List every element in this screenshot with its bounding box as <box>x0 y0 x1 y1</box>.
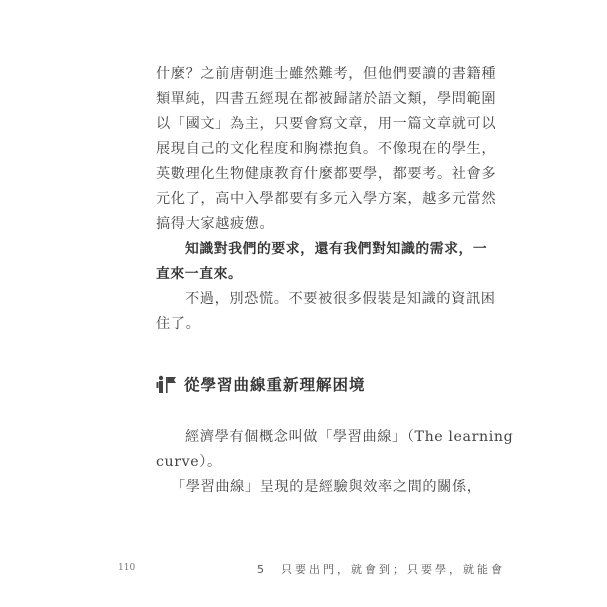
book-page: 什麼？之前唐朝進士雖然難考，但他們要讀的書籍種 類單純，四書五經現在都被歸諸於語… <box>0 0 607 607</box>
text-line: 搞得大家越疲憊。 <box>156 212 274 237</box>
bold-text-line: 直來一直來。 <box>156 262 242 287</box>
text-line: 不過，別恐慌。不要被很多假裝是知識的資訊困 <box>156 287 496 312</box>
text-line: 什麼？之前唐朝進士雖然難考，但他們要讀的書籍種 <box>156 62 496 87</box>
running-footer-title: 5 只要出門，就會到；只要學，就能會 <box>257 561 505 577</box>
text-line: 元化了，高中入學都要有多元入學方案，越多元當然 <box>156 187 496 212</box>
page-number: 110 <box>118 563 135 573</box>
text-line: 類單純，四書五經現在都被歸諸於語文類，學問範圍 <box>156 87 496 112</box>
text-line: 英數理化生物健康教育什麼都要學，都要考。社會多 <box>156 162 496 187</box>
person-flag-icon <box>156 373 178 395</box>
text-line: 展現自己的文化程度和胸襟抱負。不像現在的學生， <box>156 137 496 162</box>
section-title: 從學習曲線重新理解困境 <box>184 373 366 395</box>
text-line: 住了。 <box>156 312 200 337</box>
text-line: curve）。 <box>156 450 222 475</box>
text-line: 以「國文」為主，只要會寫文章，用一篇文章就可以 <box>156 112 496 137</box>
bold-text-line: 知識對我們的要求，還有我們對知識的需求，一 <box>156 237 487 262</box>
text-line: 「學習曲線」呈現的是經驗與效率之間的關係， <box>156 475 482 500</box>
section-heading: 從學習曲線重新理解困境 <box>156 370 366 398</box>
text-line: 經濟學有個概念叫做「學習曲線」（The learning <box>156 425 513 450</box>
